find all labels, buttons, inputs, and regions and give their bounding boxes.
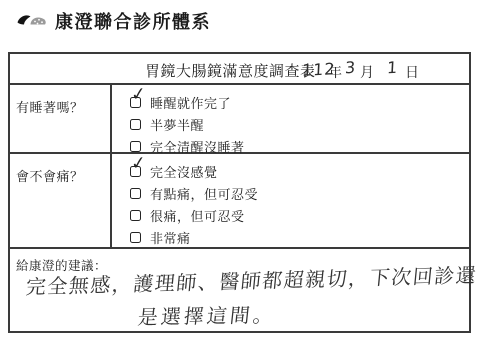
option-label: 完全清醒沒睡著 <box>150 137 245 156</box>
survey-table: 胃鏡大腸鏡滿意度調查表 112 年 3 月 1 日 有睡著嗎？ ✓ 睡醒就作完了… <box>8 52 471 333</box>
option-label: 非常痛 <box>150 228 191 247</box>
option-extremely-painful[interactable]: ✓ 非常痛 <box>130 226 469 248</box>
option-very-painful-bearable[interactable]: ✓ 很痛，但可忍受 <box>130 204 469 226</box>
options-sleep: ✓ 睡醒就作完了 ✓ 半夢半醒 ✓ 完全清醒沒睡著 <box>112 85 469 152</box>
scanned-survey-form: 康澄聯合診所體系 胃鏡大腸鏡滿意度調查表 112 年 3 月 1 日 有睡著嗎？… <box>0 0 480 360</box>
option-label: 完全沒感覺 <box>150 162 218 181</box>
checkmark-icon: ✓ <box>130 154 147 173</box>
option-slight-pain[interactable]: ✓ 有點痛，但可忍受 <box>130 182 469 204</box>
form-title: 胃鏡大腸鏡滿意度調查表 <box>145 60 316 81</box>
options-pain: ✓ 完全沒感覺 ✓ 有點痛，但可忍受 ✓ 很痛，但可忍受 ✓ 非常痛 <box>112 154 469 247</box>
suggestion-section: 給康澄的建議： 完全無感，護理師、醫師都超親切，下次回診還 是選擇這間。 <box>10 249 469 331</box>
checkbox-icon: ✓ <box>130 119 141 130</box>
handwritten-comment-line-2: 是選擇這間。 <box>136 299 277 330</box>
option-label: 有點痛，但可忍受 <box>150 184 258 203</box>
clinic-logo-icon <box>16 12 48 31</box>
option-label: 很痛，但可忍受 <box>150 206 245 225</box>
checkbox-icon: ✓ <box>130 141 141 152</box>
option-label: 睡醒就作完了 <box>150 93 231 112</box>
checkbox-icon: ✓ <box>130 166 141 177</box>
form-title-row: 胃鏡大腸鏡滿意度調查表 112 年 3 月 1 日 <box>10 54 469 85</box>
question-row-sleep: 有睡著嗎？ ✓ 睡醒就作完了 ✓ 半夢半醒 ✓ 完全清醒沒睡著 <box>10 85 469 154</box>
checkmark-icon: ✓ <box>130 85 147 104</box>
checkbox-icon: ✓ <box>130 232 141 243</box>
option-no-feeling[interactable]: ✓ 完全沒感覺 <box>130 160 469 182</box>
option-half-asleep[interactable]: ✓ 半夢半醒 <box>130 113 469 135</box>
question-label-pain: 會不會痛？ <box>10 154 112 247</box>
date-month-value: 3 <box>345 58 357 78</box>
option-woke-up-done[interactable]: ✓ 睡醒就作完了 <box>130 91 469 113</box>
question-row-pain: 會不會痛？ ✓ 完全沒感覺 ✓ 有點痛，但可忍受 ✓ 很痛，但可忍受 ✓ 非常痛 <box>10 154 469 249</box>
date-year-label: 年 <box>328 62 342 82</box>
date-day-value: 1 <box>387 58 399 78</box>
date-day-label: 日 <box>405 62 419 82</box>
checkbox-icon: ✓ <box>130 97 141 108</box>
checkbox-icon: ✓ <box>130 188 141 199</box>
date-month-label: 月 <box>360 62 374 82</box>
question-label-sleep: 有睡著嗎？ <box>10 85 112 152</box>
clinic-brand-header: 康澄聯合診所體系 <box>16 8 211 34</box>
option-label: 半夢半醒 <box>150 115 204 134</box>
clinic-name: 康澄聯合診所體系 <box>55 8 211 34</box>
checkbox-icon: ✓ <box>130 210 141 221</box>
